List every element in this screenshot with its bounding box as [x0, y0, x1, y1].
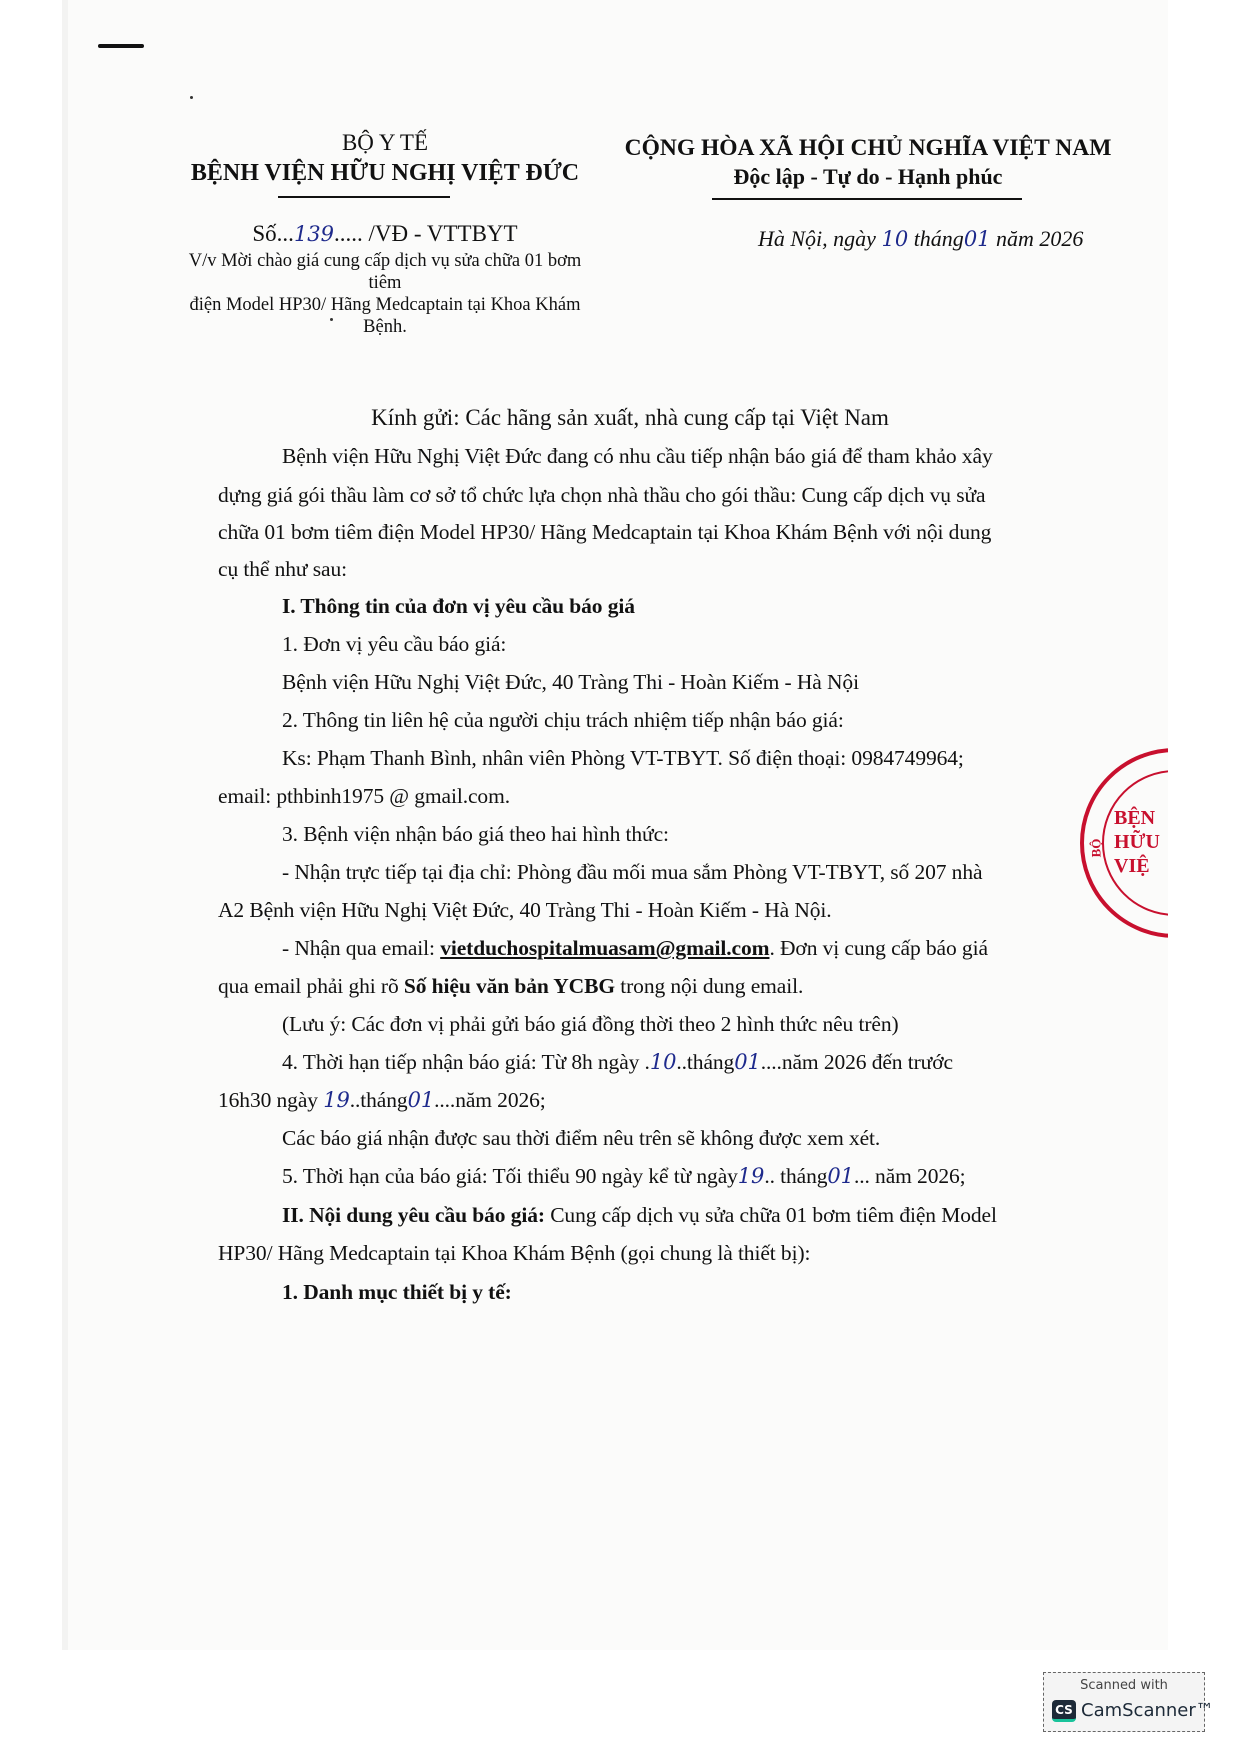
direct-submission-line: - Nhận trực tiếp tại địa chỉ: Phòng đầu …	[282, 860, 982, 885]
deadline-line-2: 16h30 ngày 19..tháng01....năm 2026;	[218, 1088, 546, 1113]
salutation: Kính gửi: Các hãng sản xuất, nhà cung cấ…	[200, 405, 1060, 431]
date-line: Hà Nội, ngày 10 tháng01 năm 2026	[758, 226, 1083, 252]
stamp-text: HỮU	[1114, 830, 1160, 854]
camscanner-badge: Scanned with CS CamScanner™	[1043, 1672, 1205, 1732]
ministry-name: BỘ Y TẾ	[170, 130, 600, 156]
stamp-side-text: BỘ	[1088, 839, 1104, 858]
document-subject: V/v Mời chào giá cung cấp dịch vụ sửa ch…	[170, 250, 600, 338]
hospital-underline	[278, 196, 450, 198]
device-list-heading: 1. Danh mục thiết bị y tế:	[282, 1280, 512, 1305]
scan-speck	[190, 96, 193, 99]
motto-underline	[712, 198, 1022, 200]
contact-email: email: pthbinh1975 @ gmail.com.	[218, 784, 510, 809]
intro-line: Bệnh viện Hữu Nghị Việt Đức đang có nhu …	[282, 444, 993, 469]
section-2-line-2: HP30/ Hãng Medcaptain tại Khoa Khám Bệnh…	[218, 1241, 810, 1266]
republic-title: CỘNG HÒA XÃ HỘI CHỦ NGHĨA VIỆT NAM	[598, 135, 1138, 162]
deadline-note: Các báo giá nhận được sau thời điểm nêu …	[282, 1126, 880, 1151]
intro-line: cụ thể như sau:	[218, 557, 347, 582]
page-margin	[1168, 700, 1240, 1000]
validity-line: 5. Thời hạn của báo giá: Tối thiểu 90 ng…	[282, 1164, 966, 1189]
email-submission-line: - Nhận qua email: vietduchospitalmuasam@…	[282, 936, 988, 961]
stamp-text: BỆN	[1114, 806, 1155, 830]
camscanner-logo-icon: CS	[1052, 1700, 1076, 1722]
item-2-label: 2. Thông tin liên hệ của người chịu trác…	[282, 708, 844, 733]
document-number: Số...139..... /VĐ - VTTBYT	[170, 221, 600, 247]
item-1-value: Bệnh viện Hữu Nghị Việt Đức, 40 Tràng Th…	[282, 670, 859, 695]
contact-person: Ks: Phạm Thanh Bình, nhân viên Phòng VT-…	[282, 746, 964, 771]
item-3-label: 3. Bệnh viện nhận báo giá theo hai hình …	[282, 822, 669, 847]
intro-line: chữa 01 bơm tiêm điện Model HP30/ Hãng M…	[218, 520, 991, 545]
section-2-title: II. Nội dung yêu cầu báo giá:	[282, 1203, 545, 1227]
handwritten-number: 139	[294, 222, 334, 246]
national-motto: Độc lập - Tự do - Hạnh phúc	[598, 164, 1138, 190]
email-requirement: qua email phải ghi rõ Số hiệu văn bản YC…	[218, 974, 803, 999]
section-2-line-1: II. Nội dung yêu cầu báo giá: Cung cấp d…	[282, 1203, 997, 1228]
submission-note: (Lưu ý: Các đơn vị phải gửi báo giá đồng…	[282, 1012, 899, 1037]
deadline-line-1: 4. Thời hạn tiếp nhận báo giá: Từ 8h ngà…	[282, 1050, 953, 1075]
procurement-email-link[interactable]: vietduchospitalmuasam@gmail.com	[440, 936, 769, 960]
direct-submission-address: A2 Bệnh viện Hữu Nghị Việt Đức, 40 Tràng…	[218, 898, 832, 923]
hospital-name: BỆNH VIỆN HỮU NGHỊ VIỆT ĐỨC	[170, 160, 600, 187]
intro-line: dựng giá gói thầu làm cơ sở tổ chức lựa …	[218, 483, 986, 508]
item-1-label: 1. Đơn vị yêu cầu báo giá:	[282, 632, 506, 657]
stamp-text: VIỆ	[1114, 854, 1150, 878]
scan-mark	[98, 44, 144, 48]
section-1-title: I. Thông tin của đơn vị yêu cầu báo giá	[282, 594, 635, 619]
